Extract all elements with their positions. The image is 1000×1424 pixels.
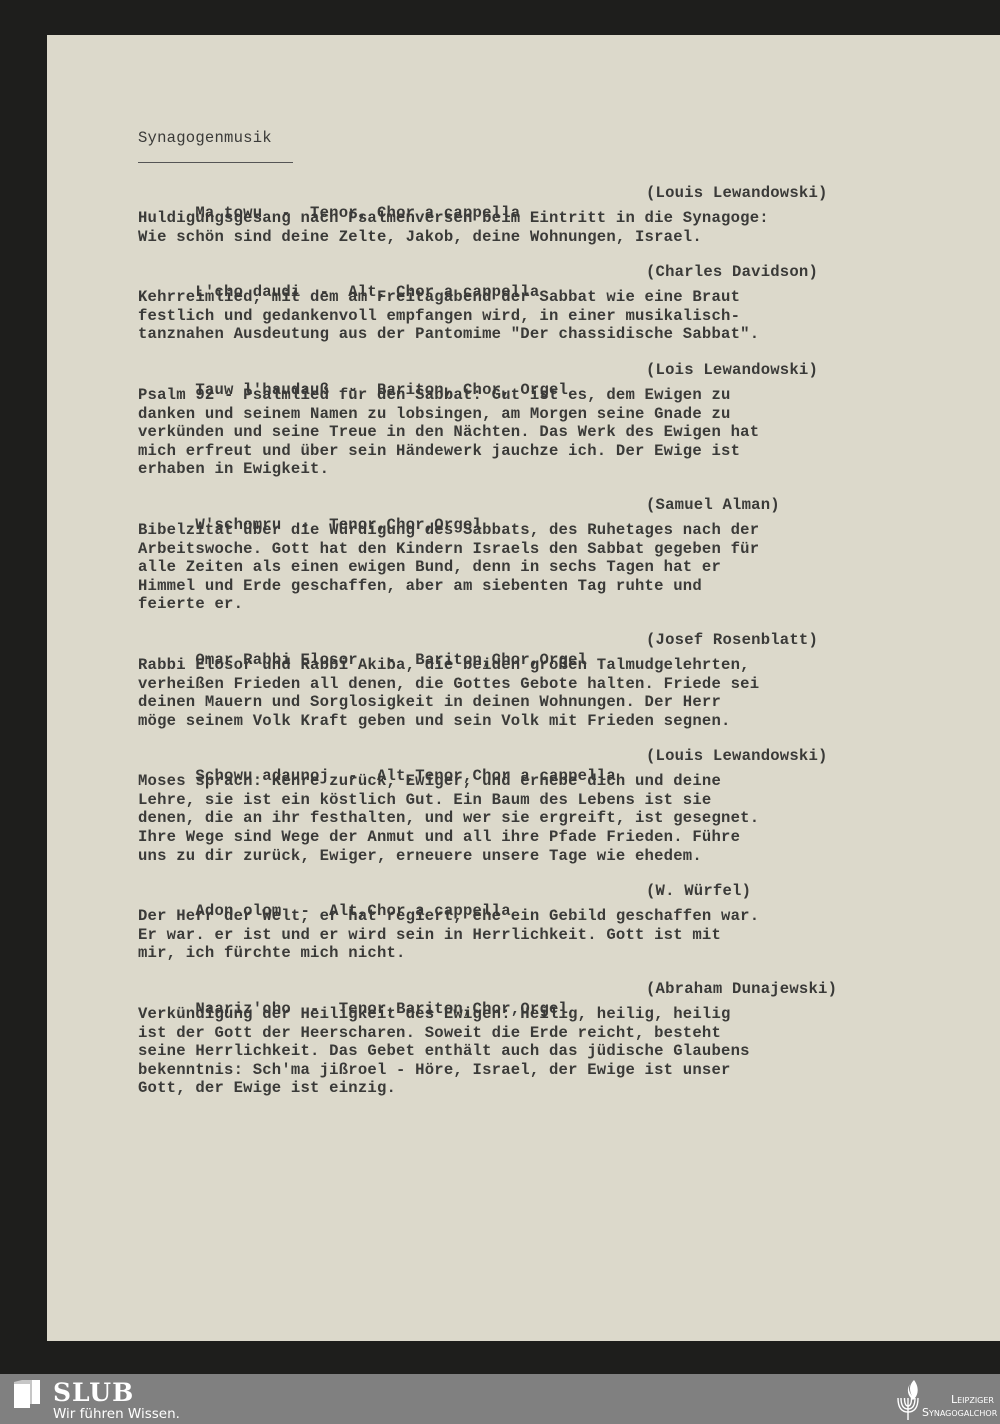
piece-heading: Tauw l'haudauß - Bariton, Chor, Orgel (L… bbox=[138, 360, 898, 380]
piece-entry: Ma towu - Tenor, Chor a cappella (Louis … bbox=[138, 183, 898, 246]
piece-entry: Schowu adaunoj - Alt,Tenor,Chor a cappel… bbox=[138, 746, 898, 865]
piece-title: Schowu adaunoj - Alt,Tenor,Chor a cappel… bbox=[195, 767, 616, 785]
piece-composer: (Lois Lewandowski) bbox=[646, 360, 818, 380]
piece-title: Omar Rabbi Elosor - Bariton,Chor,Orgel bbox=[195, 651, 587, 669]
piece-entry: L'cho daudi - Alt, Chor a cappella (Char… bbox=[138, 262, 898, 344]
document-title: Synagogenmusik bbox=[138, 128, 898, 148]
piece-entry: W'schomru - Tenor,Chor,Orgel (Samuel Alm… bbox=[138, 495, 898, 614]
piece-heading: Schowu adaunoj - Alt,Tenor,Chor a cappel… bbox=[138, 746, 898, 766]
piece-title: Ma towu - Tenor, Chor a cappella bbox=[195, 204, 520, 222]
piece-composer: (W. Würfel) bbox=[646, 881, 751, 901]
piece-title: L'cho daudi - Alt, Chor a cappella bbox=[195, 283, 539, 301]
piece-entry: Naariz'cho - Tenor,Bariton,Chor,Orgel (A… bbox=[138, 979, 898, 1098]
piece-composer: (Abraham Dunajewski) bbox=[646, 979, 837, 999]
piece-composer: (Josef Rosenblatt) bbox=[646, 630, 818, 650]
piece-title: Adon olom - Alt,Chor a cappella bbox=[195, 902, 510, 920]
piece-heading: Adon olom - Alt,Chor a cappella (W. Würf… bbox=[138, 881, 898, 901]
choir-name: Leipziger Synagogalchor bbox=[922, 1393, 994, 1419]
piece-heading: Naariz'cho - Tenor,Bariton,Chor,Orgel (A… bbox=[138, 979, 898, 999]
piece-composer: (Samuel Alman) bbox=[646, 495, 780, 515]
document-content: Synagogenmusik Ma towu - Tenor, Chor a c… bbox=[138, 128, 898, 1114]
piece-heading: Ma towu - Tenor, Chor a cappella (Louis … bbox=[138, 183, 898, 203]
piece-composer: (Louis Lewandowski) bbox=[646, 746, 828, 766]
piece-entry: Omar Rabbi Elosor - Bariton,Chor,Orgel (… bbox=[138, 630, 898, 730]
piece-entry: Tauw l'haudauß - Bariton, Chor, Orgel (L… bbox=[138, 360, 898, 479]
choir-name-line2: Synagogalchor bbox=[922, 1406, 994, 1419]
library-tagline: Wir führen Wissen. bbox=[53, 1406, 180, 1422]
piece-title: Naariz'cho - Tenor,Bariton,Chor,Orgel bbox=[195, 1000, 568, 1018]
piece-composer: (Charles Davidson) bbox=[646, 262, 818, 282]
piece-list: Ma towu - Tenor, Chor a cappella (Louis … bbox=[138, 183, 898, 1098]
piece-heading: W'schomru - Tenor,Chor,Orgel (Samuel Alm… bbox=[138, 495, 898, 515]
piece-entry: Adon olom - Alt,Chor a cappella (W. Würf… bbox=[138, 881, 898, 963]
library-name: SLUB bbox=[53, 1379, 134, 1407]
piece-title: W'schomru - Tenor,Chor,Orgel bbox=[195, 516, 482, 534]
piece-heading: L'cho daudi - Alt, Chor a cappella (Char… bbox=[138, 262, 898, 282]
piece-description: Moses sprach: Kehre zurück, Ewiger, und … bbox=[138, 772, 898, 865]
slub-logo-icon bbox=[12, 1378, 42, 1410]
piece-title: Tauw l'haudauß - Bariton, Chor, Orgel bbox=[195, 381, 568, 399]
piece-composer: (Louis Lewandowski) bbox=[646, 183, 828, 203]
piece-heading: Omar Rabbi Elosor - Bariton,Chor,Orgel (… bbox=[138, 630, 898, 650]
title-underline bbox=[138, 162, 293, 163]
footer-bar: SLUB Wir führen Wissen. Leipziger Synago… bbox=[0, 1374, 1000, 1424]
choir-name-line1: Leipziger bbox=[922, 1393, 994, 1406]
